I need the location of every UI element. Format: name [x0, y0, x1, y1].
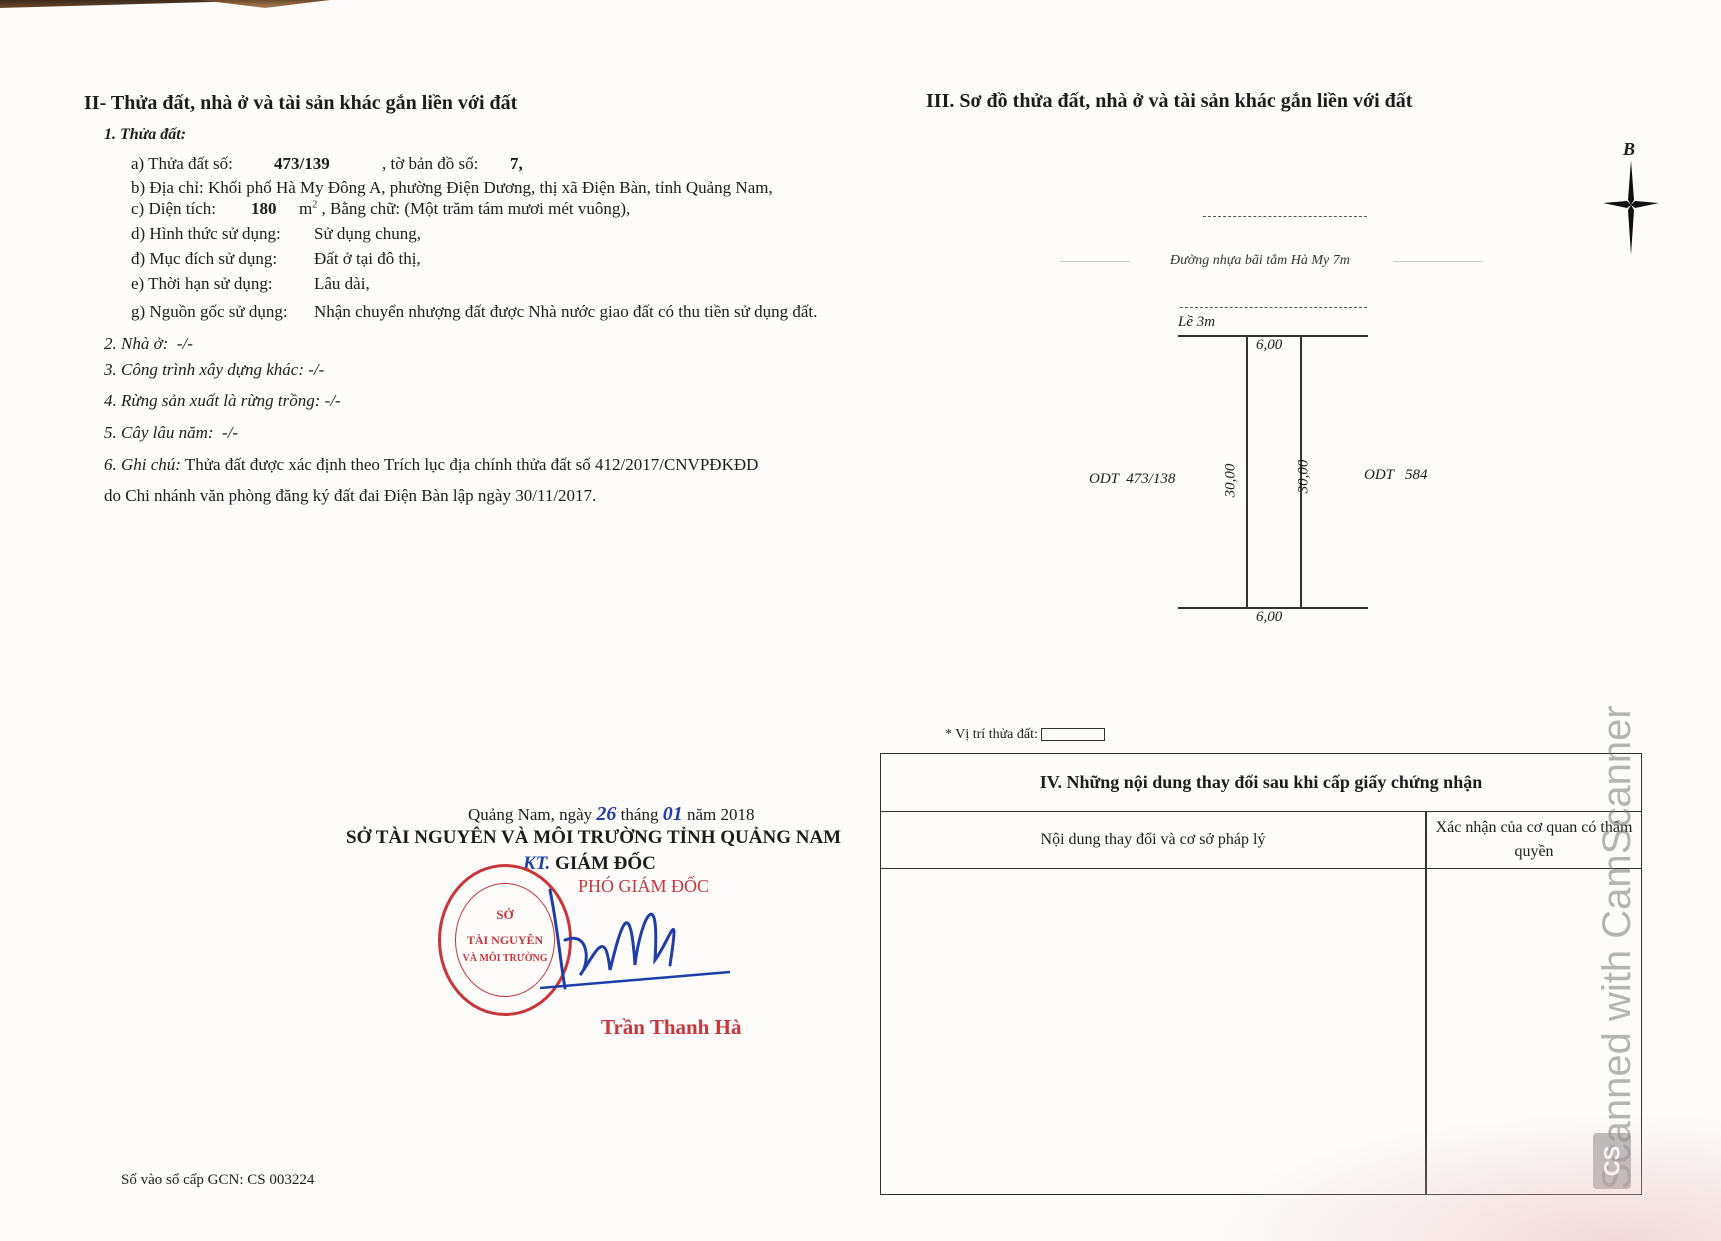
camscanner-badge-text: CS: [1599, 1146, 1625, 1177]
location-row: * Vị trí thửa đất:: [945, 727, 1105, 743]
area-words: , Bằng chữ: (Một trăm tám mươi mét vuông…: [321, 199, 630, 218]
registry-value: CS 003224: [247, 1172, 314, 1188]
perennial-value: -/-: [222, 423, 238, 442]
area-unit-sup: 2: [312, 199, 317, 210]
note-line2: do Chi nhánh văn phòng đăng ký đất đai Đ…: [104, 486, 596, 506]
note-row: 6. Ghi chú: Thửa đất được xác định theo …: [104, 455, 758, 475]
map-sheet-label: , tờ bản đồ số:: [382, 154, 510, 174]
section3-title: III. Sơ đồ thửa đất, nhà ở và tài sản kh…: [926, 90, 1412, 113]
area-row: c) Diện tích:180m2 , Bằng chữ: (Một trăm…: [131, 199, 630, 219]
perennial-label: 5. Cây lâu năm:: [104, 423, 214, 442]
usage-form-label: d) Hình thức sử dụng:: [131, 224, 314, 244]
day-handwritten: 26: [596, 803, 616, 825]
note-line1: Thửa đất được xác định theo Trích lục đị…: [185, 455, 758, 474]
location-label: * Vị trí thửa đất:: [945, 727, 1038, 742]
forest-row: 4. Rừng sản xuất là rừng trồng: -/-: [104, 391, 341, 411]
term-row: e) Thời hạn sử dụng:Lâu dài,: [131, 274, 370, 294]
right-length-dim: 30,00: [1295, 460, 1312, 494]
address-row: b) Địa chỉ: Khối phố Hà My Đông A, phườn…: [131, 178, 773, 198]
area-label: c) Diện tích:: [131, 199, 251, 219]
column-divider: [1425, 811, 1427, 1194]
purpose-value: Đất ở tại đô thị,: [314, 249, 421, 268]
signer-name: Trần Thanh Hà: [601, 1015, 741, 1040]
scan-edge: [200, 0, 330, 8]
col-changes-header: Nội dung thay đổi và cơ sở pháp lý: [881, 811, 1425, 868]
parcel-row: a) Thửa đất số:473/139, tờ bản đồ số:7,: [131, 154, 523, 174]
note-label: 6. Ghi chú:: [104, 455, 181, 474]
area-unit: m: [299, 199, 312, 218]
house-label: 2. Nhà ở:: [104, 334, 168, 353]
sidewalk-label: Lề 3m: [1178, 314, 1215, 331]
registry-label: Số vào sổ cấp GCN:: [121, 1172, 244, 1188]
section4-title: IV. Những nội dung thay đổi sau khi cấp …: [881, 754, 1641, 812]
north-label: B: [1623, 139, 1635, 160]
purpose-label: đ) Mục đích sử dụng:: [131, 249, 314, 269]
changes-table-header: Nội dung thay đổi và cơ sở pháp lý Xác n…: [881, 811, 1641, 869]
road-edge-top: [1203, 216, 1367, 217]
house-value: -/-: [177, 334, 193, 353]
parcel-number: 473/139: [274, 154, 382, 174]
origin-label: g) Nguồn gốc sử dụng:: [131, 302, 314, 322]
road-centerline-left: [1060, 261, 1130, 262]
address-value: Khối phố Hà My Đông A, phường Điện Dương…: [208, 178, 773, 197]
term-label: e) Thời hạn sử dụng:: [131, 274, 314, 294]
usage-form-value: Sử dụng chung,: [314, 224, 421, 243]
other-construction-row: 3. Công trình xây dựng khác: -/-: [104, 360, 324, 380]
month-handwritten: 01: [663, 803, 683, 825]
map-sheet-number: 7,: [510, 154, 523, 173]
changes-table: IV. Những nội dung thay đổi sau khi cấp …: [880, 753, 1642, 1195]
top-width-dim: 6,00: [1256, 337, 1282, 354]
road-edge-bottom: [1180, 307, 1367, 308]
forest-label: 4. Rừng sản xuất là rừng trồng:: [104, 391, 320, 410]
area-value: 180: [251, 199, 299, 219]
origin-row: g) Nguồn gốc sử dụng:Nhận chuyển nhượng …: [131, 302, 817, 322]
parcel-label: a) Thửa đất số:: [131, 154, 274, 174]
camscanner-watermark: Scanned with CamScanner: [1595, 705, 1640, 1190]
forest-value: -/-: [325, 391, 341, 410]
other-construction-value: -/-: [308, 360, 324, 379]
section2-title: II- Thửa đất, nhà ở và tài sản khác gắn …: [84, 92, 517, 115]
origin-value: Nhận chuyển nhượng đất được Nhà nước gia…: [314, 302, 817, 321]
house-row: 2. Nhà ở: -/-: [104, 334, 193, 354]
camscanner-logo-icon: CS: [1593, 1133, 1631, 1189]
perennial-row: 5. Cây lâu năm: -/-: [104, 423, 238, 443]
signature-scribble: [520, 870, 740, 1000]
parcel-left-boundary: [1246, 335, 1248, 608]
road-label: Đường nhựa bãi tắm Hà My 7m: [1170, 253, 1350, 269]
registry-row: Số vào sổ cấp GCN: CS 003224: [121, 1172, 314, 1189]
land-heading: 1. Thửa đất:: [104, 126, 186, 144]
bottom-width-dim: 6,00: [1256, 609, 1282, 626]
left-length-dim: 30,00: [1222, 464, 1239, 498]
place-date-prefix: Quảng Nam, ngày: [468, 805, 592, 824]
location-box: [1041, 728, 1105, 741]
place-date: Quảng Nam, ngày 26 tháng 01 năm 2018: [468, 803, 754, 826]
right-neighbor-label: ODT 584: [1364, 467, 1428, 484]
other-construction-label: 3. Công trình xây dựng khác:: [104, 360, 304, 379]
agency-name: SỞ TÀI NGUYÊN VÀ MÔI TRƯỜNG TỈNH QUẢNG N…: [346, 827, 841, 849]
purpose-row: đ) Mục đích sử dụng:Đất ở tại đô thị,: [131, 249, 421, 269]
north-arrow-icon: [1603, 160, 1659, 255]
month-label: tháng: [621, 805, 659, 824]
usage-form-row: d) Hình thức sử dụng:Sử dụng chung,: [131, 224, 421, 244]
left-neighbor-label: ODT 473/138: [1089, 471, 1175, 488]
address-label: b) Địa chỉ:: [131, 178, 204, 197]
term-value: Lâu dài,: [314, 274, 370, 293]
year-label: năm 2018: [687, 805, 755, 824]
road-centerline-right: [1393, 261, 1483, 262]
